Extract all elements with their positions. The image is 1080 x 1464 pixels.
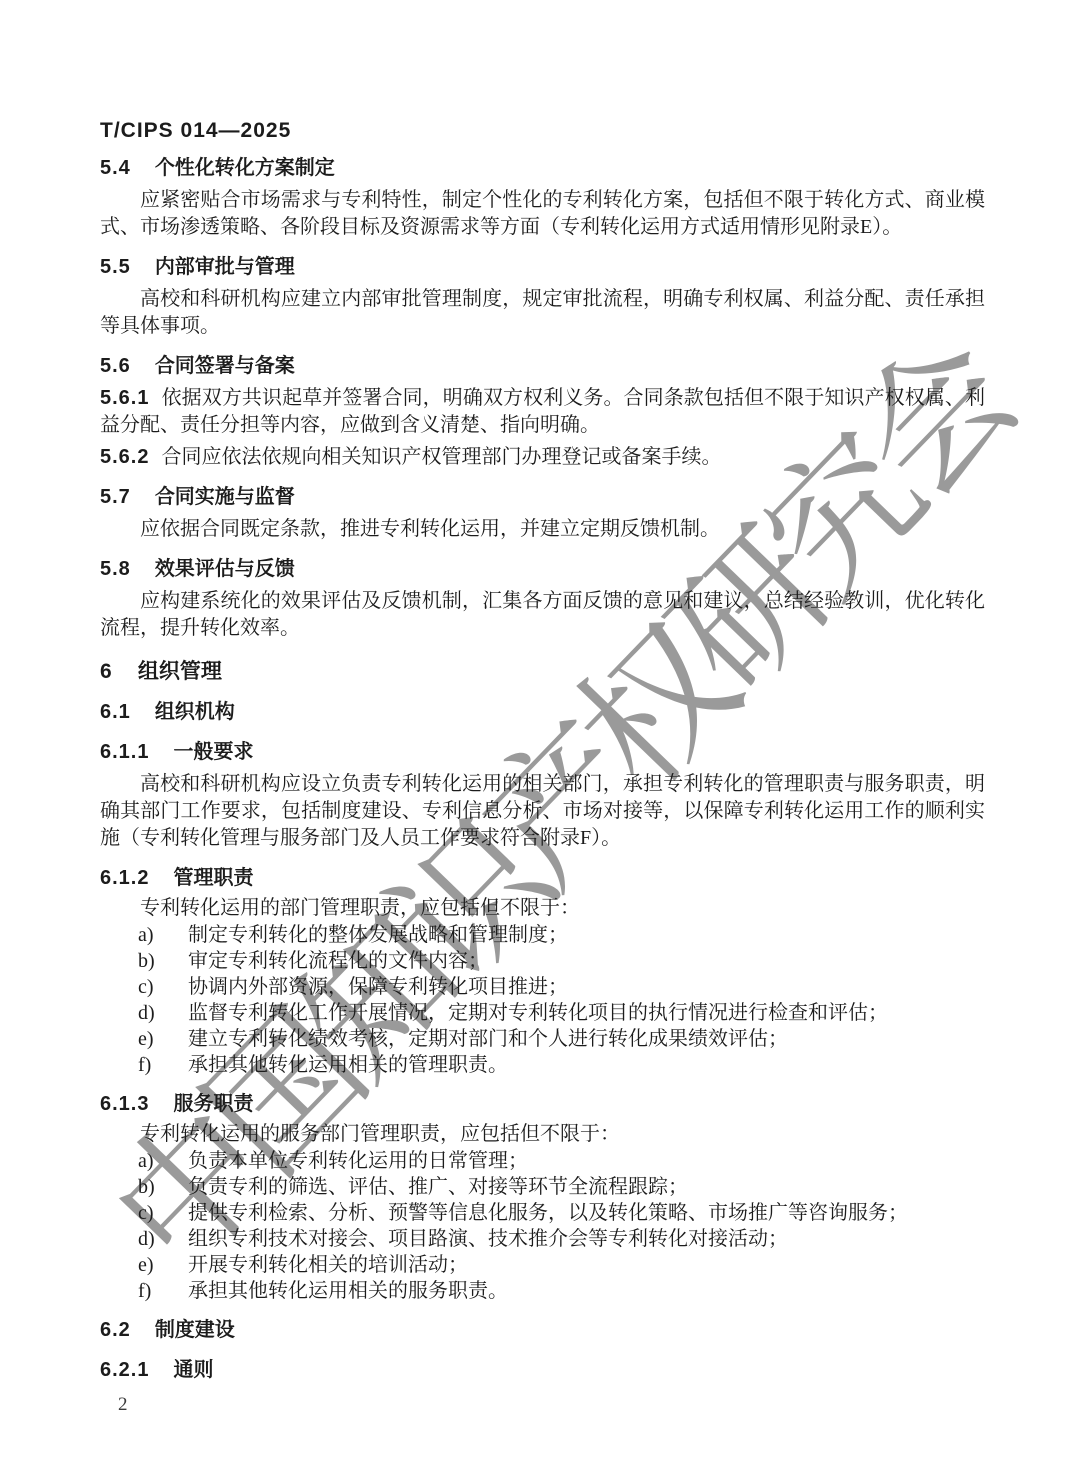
list-item-label: e) <box>138 1252 188 1278</box>
list-item-text: 承担其他转化运用相关的服务职责。 <box>188 1278 985 1304</box>
section-heading-5-5: 5.5内部审批与管理 <box>100 254 985 281</box>
list-item-text: 建立专利转化绩效考核，定期对部门和个人进行转化成果绩效评估； <box>188 1026 985 1052</box>
list-item-text: 开展专利转化相关的培训活动； <box>188 1252 985 1278</box>
list-item: e)开展专利转化相关的培训活动； <box>100 1252 985 1278</box>
heading-number: 5.5 <box>100 256 131 278</box>
heading-title: 合同实施与监督 <box>155 486 295 508</box>
list-item-label: c) <box>138 1200 188 1226</box>
heading-number: 6.1.3 <box>100 1093 149 1115</box>
heading-number: 6.1.1 <box>100 741 149 763</box>
list-item: c)协调内外部资源，保障专利转化项目推进； <box>100 974 985 1000</box>
heading-number: 5.6 <box>100 355 131 377</box>
list-6-1-3: a)负责本单位专利转化运用的日常管理； b)负责专利的筛选、评估、推广、对接等环… <box>100 1148 985 1304</box>
section-heading-6-1-3: 6.1.3服务职责 <box>100 1091 985 1118</box>
clause-5-6-1: 5.6.1依据双方共识起草并签署合同，明确双方权利义务。合同条款包括但不限于知识… <box>100 385 985 439</box>
list-item-text: 组织专利技术对接会、项目路演、技术推介会等专利转化对接活动； <box>188 1226 985 1252</box>
heading-title: 个性化转化方案制定 <box>155 157 335 179</box>
list-item: f)承担其他转化运用相关的服务职责。 <box>100 1278 985 1304</box>
section-heading-5-4: 5.4个性化转化方案制定 <box>100 155 985 182</box>
document-page: 中国知识产权研究会 T/CIPS 014—2025 5.4个性化转化方案制定 应… <box>0 0 1080 1464</box>
heading-number: 5.7 <box>100 486 131 508</box>
heading-title: 组织管理 <box>138 660 222 683</box>
list-item-text: 审定专利转化流程化的文件内容； <box>188 948 985 974</box>
heading-title: 组织机构 <box>155 701 235 723</box>
list-item-label: d) <box>138 1226 188 1252</box>
list-item-label: b) <box>138 1174 188 1200</box>
list-item-text: 制定专利转化的整体发展战略和管理制度； <box>188 922 985 948</box>
heading-number: 6.1.2 <box>100 867 149 889</box>
list-item-text: 监督专利转化工作开展情况，定期对专利转化项目的执行情况进行检查和评估； <box>188 1000 985 1026</box>
heading-title: 内部审批与管理 <box>155 256 295 278</box>
list-item-label: d) <box>138 1000 188 1026</box>
paragraph-5-5: 高校和科研机构应建立内部审批管理制度，规定审批流程，明确专利权属、利益分配、责任… <box>100 286 985 340</box>
list-item-text: 负责本单位专利转化运用的日常管理； <box>188 1148 985 1174</box>
list-item: f)承担其他转化运用相关的管理职责。 <box>100 1052 985 1078</box>
heading-number: 5.4 <box>100 157 131 179</box>
list-item-text: 提供专利检索、分析、预警等信息化服务，以及转化策略、市场推广等咨询服务； <box>188 1200 985 1226</box>
section-heading-5-7: 5.7合同实施与监督 <box>100 484 985 511</box>
list-item-label: f) <box>138 1278 188 1304</box>
section-heading-6-1-1: 6.1.1一般要求 <box>100 739 985 766</box>
list-item-text: 承担其他转化运用相关的管理职责。 <box>188 1052 985 1078</box>
section-heading-6-2-1: 6.2.1通则 <box>100 1357 985 1384</box>
heading-number: 5.8 <box>100 558 131 580</box>
section-heading-6-1: 6.1组织机构 <box>100 699 985 726</box>
list-item: b)审定专利转化流程化的文件内容； <box>100 948 985 974</box>
heading-number: 6.2.1 <box>100 1359 149 1381</box>
heading-number: 6.2 <box>100 1319 131 1341</box>
clause-number: 5.6.2 <box>100 446 149 468</box>
section-heading-5-8: 5.8效果评估与反馈 <box>100 556 985 583</box>
page-number: 2 <box>118 1394 128 1416</box>
list-item: e)建立专利转化绩效考核，定期对部门和个人进行转化成果绩效评估； <box>100 1026 985 1052</box>
heading-title: 一般要求 <box>173 741 253 763</box>
list-item: d)监督专利转化工作开展情况，定期对专利转化项目的执行情况进行检查和评估； <box>100 1000 985 1026</box>
paragraph-5-7: 应依据合同既定条款，推进专利转化运用，并建立定期反馈机制。 <box>100 516 985 543</box>
section-heading-6-2: 6.2制度建设 <box>100 1317 985 1344</box>
heading-title: 服务职责 <box>173 1093 253 1115</box>
section-heading-5-6: 5.6合同签署与备案 <box>100 353 985 380</box>
list-intro-6-1-2: 专利转化运用的部门管理职责，应包括但不限于： <box>100 895 985 922</box>
list-item-label: b) <box>138 948 188 974</box>
clause-text: 合同应依法依规向相关知识产权管理部门办理登记或备案手续。 <box>161 446 721 468</box>
heading-title: 制度建设 <box>155 1319 235 1341</box>
list-intro-6-1-3: 专利转化运用的服务部门管理职责，应包括但不限于： <box>100 1121 985 1148</box>
clause-number: 5.6.1 <box>100 387 149 409</box>
heading-title: 通则 <box>173 1359 213 1381</box>
heading-title: 合同签署与备案 <box>155 355 295 377</box>
doc-code-header: T/CIPS 014—2025 <box>100 0 985 142</box>
clause-text: 依据双方共识起草并签署合同，明确双方权利义务。合同条款包括但不限于知识产权权属、… <box>100 387 985 436</box>
heading-number: 6.1 <box>100 701 131 723</box>
list-item-text: 负责专利的筛选、评估、推广、对接等环节全流程跟踪； <box>188 1174 985 1200</box>
heading-title: 效果评估与反馈 <box>155 558 295 580</box>
list-item-text: 协调内外部资源，保障专利转化项目推进； <box>188 974 985 1000</box>
list-item-label: f) <box>138 1052 188 1078</box>
paragraph-5-8: 应构建系统化的效果评估及反馈机制，汇集各方面反馈的意见和建议，总结经验教训，优化… <box>100 588 985 642</box>
list-item-label: a) <box>138 1148 188 1174</box>
list-item: c)提供专利检索、分析、预警等信息化服务，以及转化策略、市场推广等咨询服务； <box>100 1200 985 1226</box>
paragraph-6-1-1: 高校和科研机构应设立负责专利转化运用的相关部门，承担专利转化的管理职责与服务职责… <box>100 771 985 852</box>
list-item-label: a) <box>138 922 188 948</box>
section-heading-6-1-2: 6.1.2管理职责 <box>100 865 985 892</box>
chapter-heading-6: 6组织管理 <box>100 658 985 686</box>
list-item-label: e) <box>138 1026 188 1052</box>
clause-5-6-2: 5.6.2合同应依法依规向相关知识产权管理部门办理登记或备案手续。 <box>100 444 985 471</box>
list-item: a)负责本单位专利转化运用的日常管理； <box>100 1148 985 1174</box>
paragraph-5-4: 应紧密贴合市场需求与专利特性，制定个性化的专利转化方案，包括但不限于转化方式、商… <box>100 187 985 241</box>
heading-title: 管理职责 <box>173 867 253 889</box>
list-item-label: c) <box>138 974 188 1000</box>
list-item: a)制定专利转化的整体发展战略和管理制度； <box>100 922 985 948</box>
list-item: b)负责专利的筛选、评估、推广、对接等环节全流程跟踪； <box>100 1174 985 1200</box>
heading-number: 6 <box>100 660 113 683</box>
page-content: T/CIPS 014—2025 5.4个性化转化方案制定 应紧密贴合市场需求与专… <box>100 0 985 1384</box>
list-item: d)组织专利技术对接会、项目路演、技术推介会等专利转化对接活动； <box>100 1226 985 1252</box>
list-6-1-2: a)制定专利转化的整体发展战略和管理制度； b)审定专利转化流程化的文件内容； … <box>100 922 985 1078</box>
